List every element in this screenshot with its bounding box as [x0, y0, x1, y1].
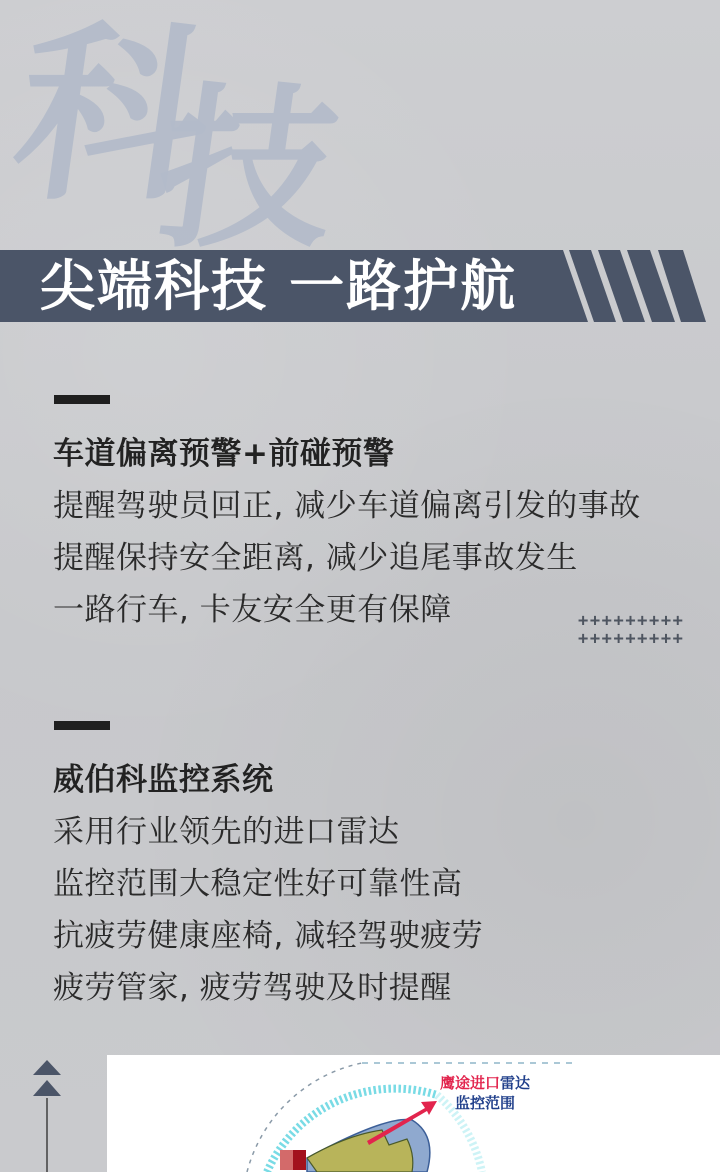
radar-label-brand: 鹰途进口: [440, 1074, 500, 1092]
section-2-line-2: 监控范围大稳定性好可靠性高: [53, 858, 463, 903]
radar-label: 鹰途进口雷达 监控范围: [440, 1073, 530, 1113]
section-2-bar: [54, 721, 110, 730]
section-1-line-2: 提醒保持安全距离, 减少追尾事故发生: [53, 532, 578, 577]
double-up-arrow-icon: [32, 1058, 64, 1172]
banner-title: 尖端科技 一路护航: [40, 253, 517, 319]
plus-row: +++++++++: [578, 612, 718, 630]
section-2-line-3: 抗疲劳健康座椅, 减轻驾驶疲劳: [53, 910, 483, 955]
section-2-title: 威伯科监控系统: [53, 754, 274, 799]
watermark-char-ji: 技: [148, 82, 348, 257]
radar-label-range: 监控范围: [440, 1093, 530, 1113]
radar-diagram-icon: [107, 1055, 720, 1172]
radar-label-radar: 雷达: [500, 1074, 530, 1092]
section-2-line-4: 疲劳管家, 疲劳驾驶及时提醒: [53, 962, 452, 1007]
section-2-line-1: 采用行业领先的进口雷达: [53, 806, 400, 851]
radar-coverage-image: 鹰途进口雷达 监控范围: [107, 1055, 720, 1172]
banner-stripes-icon: [540, 250, 720, 322]
section-1-line-1: 提醒驾驶员回正, 减少车道偏离引发的事故: [53, 480, 641, 525]
plus-pattern-decoration: +++++++++ +++++++++: [578, 612, 718, 648]
section-1-bar: [54, 395, 110, 404]
plus-row: +++++++++: [578, 630, 718, 648]
section-1-line-3: 一路行车, 卡友安全更有保障: [53, 584, 452, 629]
section-1-title: 车道偏离预警+前碰预警: [53, 428, 394, 473]
